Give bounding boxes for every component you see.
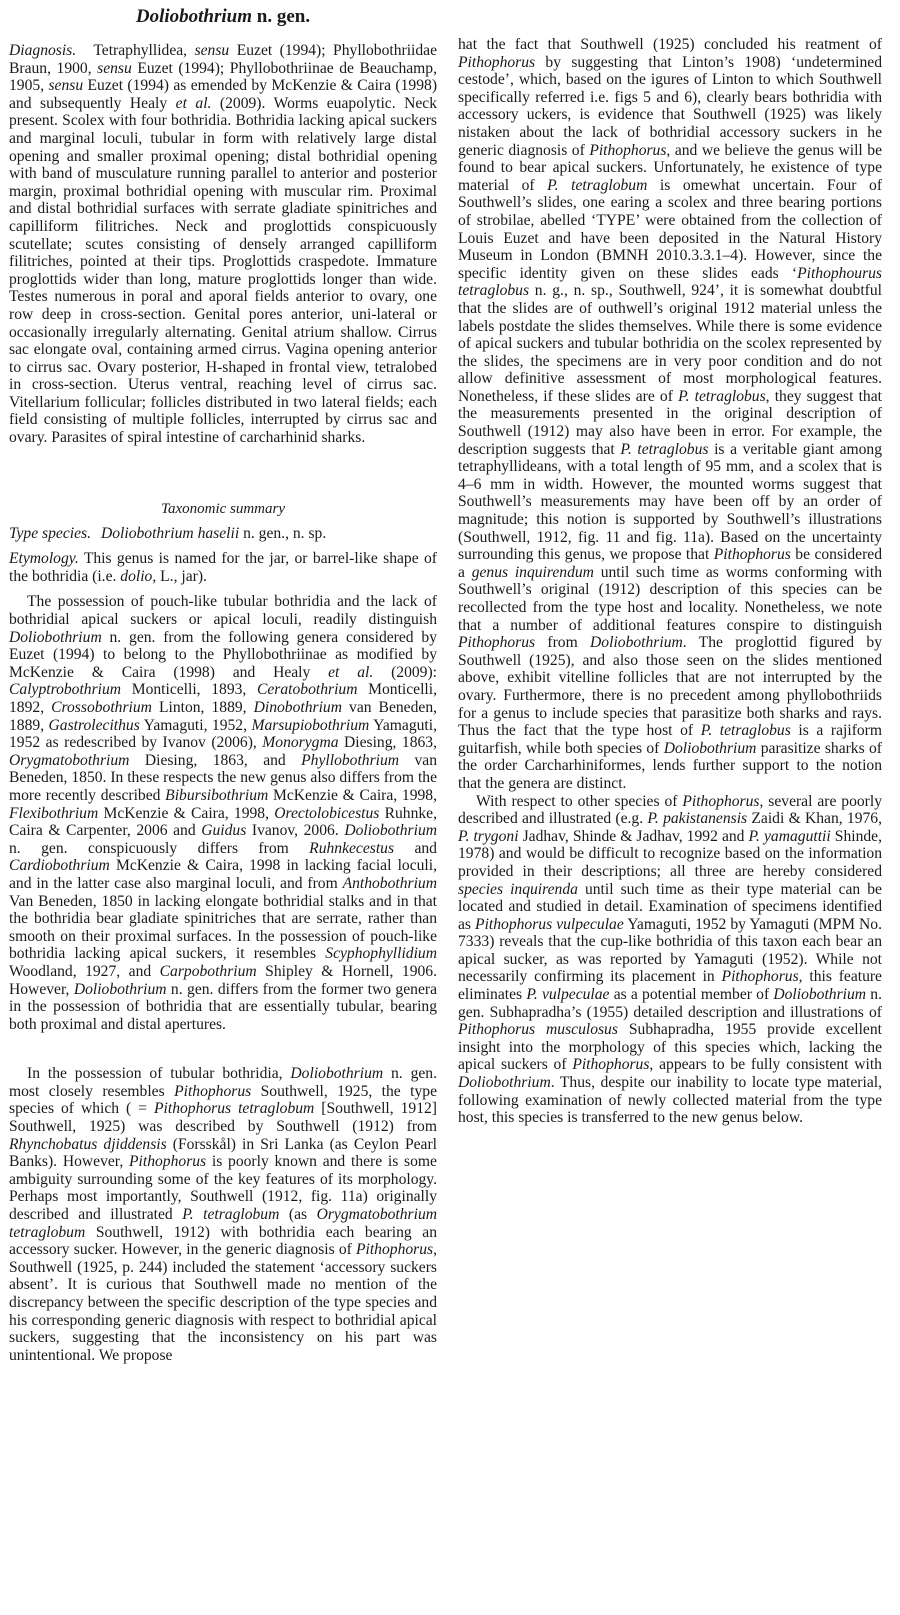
italic-term: Doliobothrium — [664, 740, 757, 757]
pithophorus-species-paragraph-text: With respect to other species of Pithoph… — [458, 793, 882, 1127]
italic-term: sensu — [48, 77, 83, 94]
italic-term: Crossobothrium — [51, 699, 152, 716]
genus-title-name: Doliobothrium — [136, 6, 252, 27]
italic-term: P. yamaguttii — [749, 828, 831, 845]
italic-term: P. trygoni — [458, 828, 519, 845]
italic-term: Doliobothrium — [9, 629, 102, 646]
italic-term: Marsupiobothrium — [251, 717, 369, 734]
italic-term: Pithophorus — [589, 142, 666, 159]
type-species-paragraph: Type species.Doliobothrium haselii n. ge… — [9, 525, 437, 543]
etymology-label: Etymology. — [9, 550, 79, 567]
pithophorus-species-paragraph: With respect to other species of Pithoph… — [458, 793, 882, 1127]
italic-term: Pithophorus — [458, 54, 535, 71]
italic-term: et al. — [328, 664, 373, 681]
italic-term: Bibursibothrium — [165, 787, 268, 804]
italic-term: Calyptrobothrium — [9, 681, 121, 698]
italic-term: Pithophorus — [356, 1241, 433, 1258]
italic-term: P. vulpeculae — [526, 986, 609, 1003]
italic-term: Flexibothrium — [9, 805, 98, 822]
type-species-text: Doliobothrium haselii n. gen., n. sp. — [101, 525, 326, 542]
italic-term: et al. — [176, 95, 212, 112]
italic-term: Rhynchobatus djiddensis — [9, 1136, 167, 1153]
italic-term: Ruhnkecestus — [309, 840, 394, 857]
italic-term: Doliobothrium — [74, 981, 167, 998]
italic-term: Phyllobothrium — [301, 752, 399, 769]
italic-term: Doliobothrium — [290, 1065, 383, 1082]
italic-term: dolio — [120, 568, 152, 585]
italic-term: P. tetraglobum — [547, 177, 647, 194]
italic-term: Scyphophyllidium — [325, 945, 437, 962]
italic-term: P. tetraglobus — [678, 388, 766, 405]
left-column: Doliobothrium n. gen. Diagnosis. Tetraph… — [9, 0, 437, 1364]
continued-paragraph: hat the fact that Southwell (1925) concl… — [458, 36, 882, 793]
italic-term: Doliobothrium — [458, 1074, 551, 1091]
italic-term: Pithophorus — [682, 793, 759, 810]
italic-term: Pithophorus — [174, 1083, 251, 1100]
body-paragraph-1: The possession of pouch-like tubular bot… — [9, 593, 437, 1033]
italic-term: Monorygma — [262, 734, 338, 751]
italic-term: Doliobothrium — [773, 986, 866, 1003]
italic-term: Cardiobothrium — [9, 857, 110, 874]
italic-term: Orygmatobothrium — [9, 752, 129, 769]
italic-term: sensu — [97, 60, 132, 77]
italic-term: P. tetraglobus — [620, 441, 708, 458]
italic-term: Pithophorus tetraglobum — [154, 1100, 314, 1117]
body-paragraph-2: In the possession of tubular bothridia, … — [9, 1065, 437, 1364]
italic-term: Doliobothrium — [590, 634, 683, 651]
italic-term: Guidus — [201, 822, 246, 839]
italic-term: Pithophorus musculosus — [458, 1021, 618, 1038]
diagnosis-label: Diagnosis. — [9, 42, 76, 59]
continued-paragraph-text: hat the fact that Southwell (1925) concl… — [458, 36, 882, 792]
italic-term: Pithophorus — [714, 546, 791, 563]
italic-term: Dinobothrium — [254, 699, 342, 716]
genus-title: Doliobothrium n. gen. — [9, 0, 437, 34]
italic-term: sensu — [195, 42, 230, 59]
italic-term: Anthobothrium — [343, 875, 437, 892]
body-paragraph-1-text: The possession of pouch-like tubular bot… — [9, 593, 437, 1032]
italic-term: Pithophorus — [129, 1153, 206, 1170]
taxonomic-summary-heading: Taxonomic summary — [9, 499, 437, 519]
italic-term: Orectolobicestus — [274, 805, 379, 822]
italic-term: Gastrolecithus — [49, 717, 140, 734]
italic-term: Pithophorus — [572, 1056, 649, 1073]
diagnosis-paragraph: Diagnosis. Tetraphyllidea, sensu Euzet (… — [9, 42, 437, 447]
italic-term: species inquirenda — [458, 881, 578, 898]
type-species-label: Type species. — [9, 525, 91, 542]
italic-term: genus inquirendum — [472, 564, 594, 581]
italic-term: Pithophorus — [722, 968, 799, 985]
genus-title-suffix: n. gen. — [252, 6, 310, 27]
italic-term: P. pakistanensis — [647, 810, 747, 827]
diagnosis-text: Tetraphyllidea, sensu Euzet (1994); Phyl… — [9, 42, 437, 446]
italic-term: Doliobothrium haselii — [101, 525, 239, 542]
etymology-paragraph: Etymology. This genus is named for the j… — [9, 550, 437, 585]
italic-term: P. tetraglobum — [182, 1206, 279, 1223]
right-column: hat the fact that Southwell (1925) concl… — [458, 36, 882, 1127]
italic-term: Doliobothrium — [344, 822, 437, 839]
italic-term: Pithophorus — [458, 634, 535, 651]
italic-term: Pithophorus vulpeculae — [475, 916, 624, 933]
italic-term: P. tetraglobus — [701, 722, 791, 739]
italic-term: Pithophourus tetraglobus — [458, 265, 882, 300]
body-paragraph-2-text: In the possession of tubular bothridia, … — [9, 1065, 437, 1364]
italic-term: Ceratobothrium — [257, 681, 358, 698]
italic-term: Carpobothrium — [160, 963, 257, 980]
